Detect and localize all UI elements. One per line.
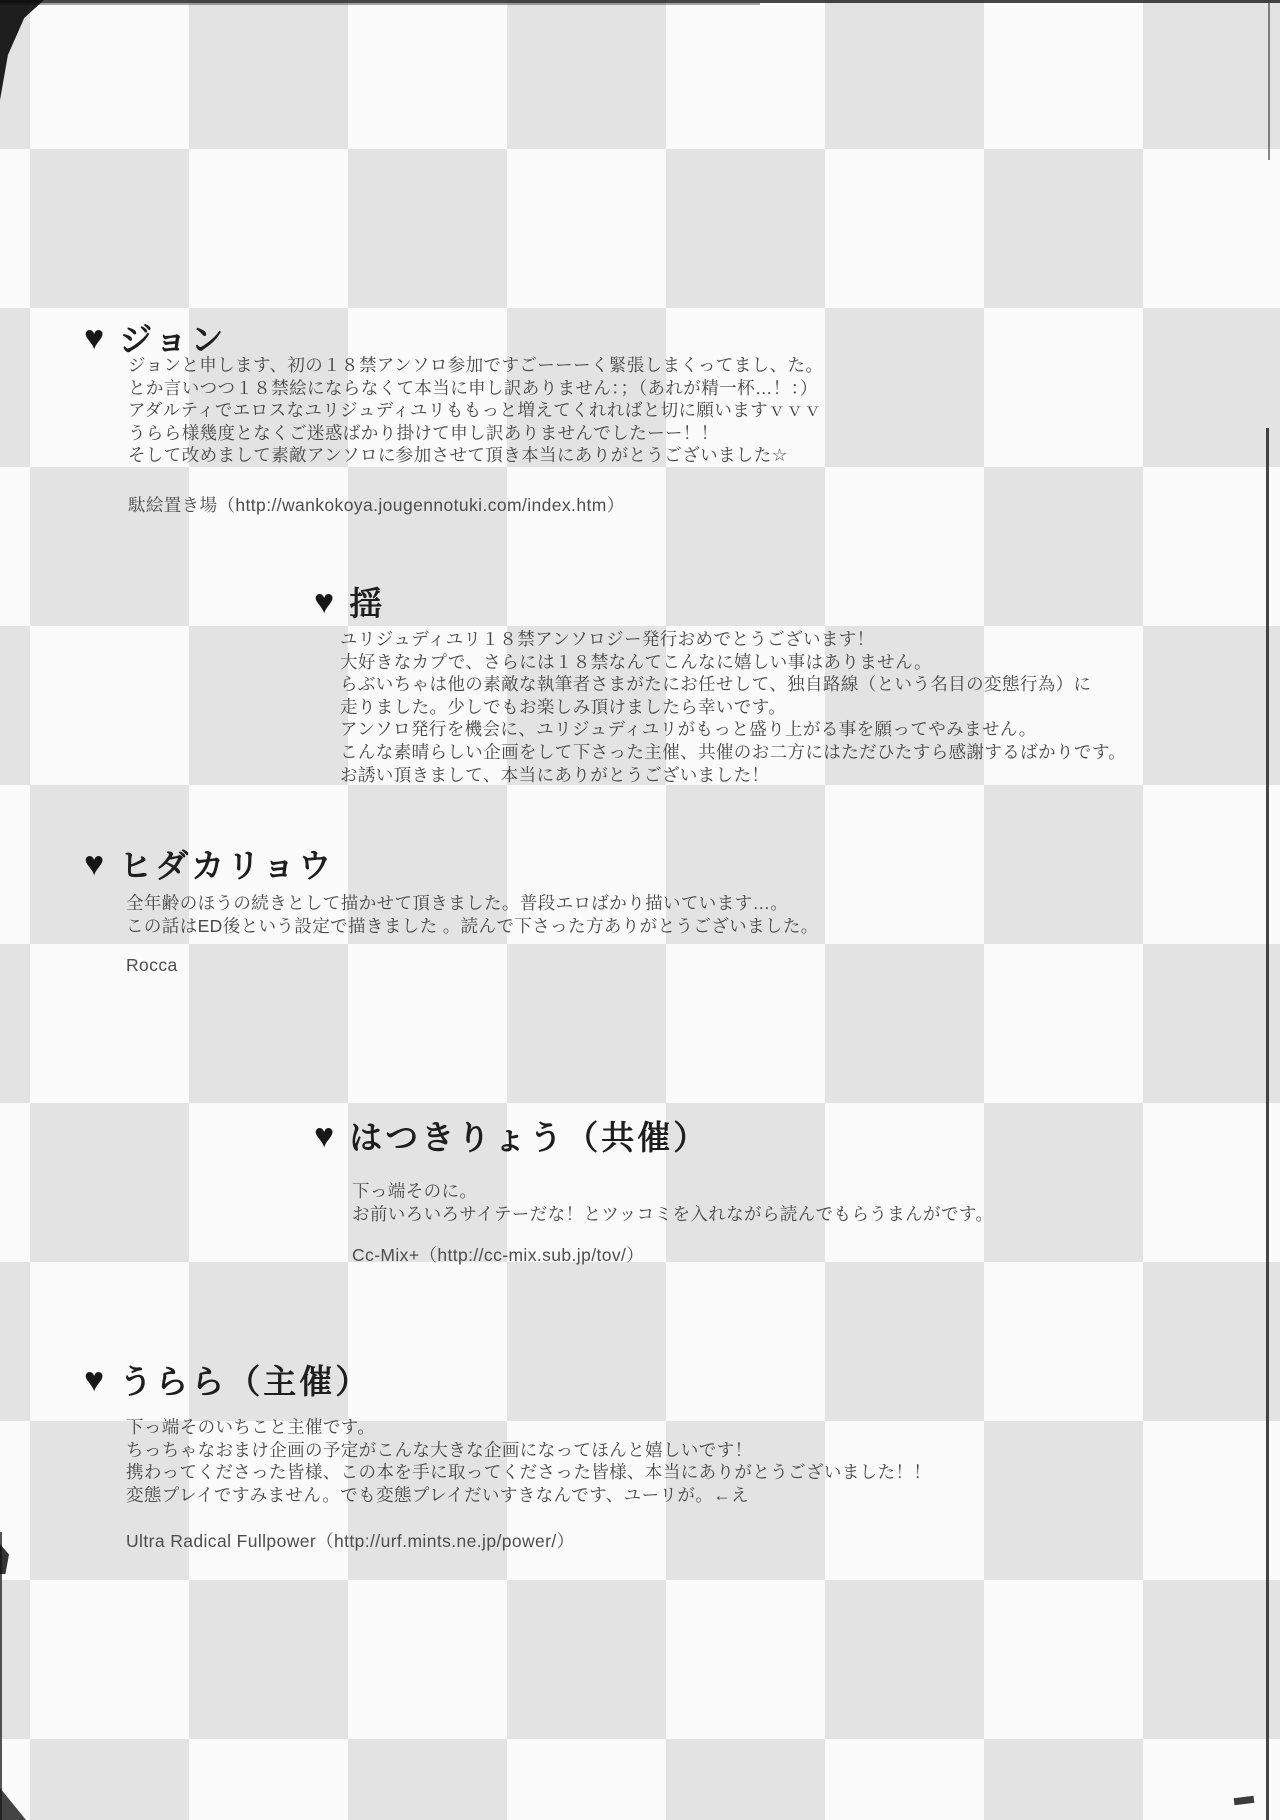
scan-top-edge-shadow [0,3,760,5]
scanned-afterword-page: ♥ ジョン ジョンと申します、初の１８禁アンソロ参加ですごーーーく緊張しまくって… [0,0,1280,1820]
comment-line: この話はED後という設定で描きました 。読んで下さった方ありがとうございました。 [126,915,819,938]
scan-right-edge-line [1266,428,1269,1820]
comment-line: らぶいちゃは他の素敵な執筆者さまがたにお任せして、独自路線（という名目の変態行為… [340,673,1126,696]
comment-block: ジョンと申します、初の１８禁アンソロ参加ですごーーーく緊張しまくってまし、た。 … [128,354,823,467]
website-line: 駄絵置き場（http://wankokoya.jougennotuki.com/… [128,492,625,517]
comment-line: 変態プレイですみません。でも変態プレイだいすきなんです、ユーリが。←え [126,1484,931,1507]
comment-line: 下っ端そのに。 [352,1180,993,1203]
comment-line: お誘い頂きまして、本当にありがとうございました！ [340,764,1126,787]
scan-left-edge-mark [0,1544,9,1574]
comment-line: アダルティでエロスなユリジュディユリももっと増えてくれればと切に願いますｖｖｖ [128,399,823,422]
scan-right-edge-line-top [1268,0,1270,160]
comment-block: 全年齢のほうの続きとして描かせて頂きました。普段エロばかり描いています…。 この… [126,892,819,937]
comment-line: 下っ端そのいちこと主催です。 [126,1416,931,1439]
comment-line: ユリジュディユリ１８禁アンソロジー発行おめでとうございます！ [340,628,1126,651]
website-line: Cc-Mix+（http://cc-mix.sub.jp/tov/） [352,1242,644,1267]
contributor-heading: ♥ 揺 [314,578,385,625]
contributor-name: はつきりょう（共催） [349,1112,709,1159]
website-line: Ultra Radical Fullpower（http://urf.mints… [126,1528,575,1553]
comment-line: お前いろいろサイテーだな！とツッコミを入れながら読んでもらうまんがです。 [352,1203,993,1226]
comment-line: ジョンと申します、初の１８禁アンソロ参加ですごーーーく緊張しまくってまし、た。 [128,354,823,377]
comment-line: とか言いつつ１８禁絵にならなくて本当に申し訳ありません：；（あれが精一杯…！：） [128,377,823,400]
contributor-name: 揺 [349,578,385,625]
heart-icon: ♥ [314,585,337,619]
contributor-heading: ♥ うらら（主催） [84,1356,371,1403]
contributor-name: うらら（主催） [119,1356,371,1403]
scan-corner-shadow-top-left [0,0,44,100]
heart-icon: ♥ [84,847,107,881]
comment-block: 下っ端そのに。 お前いろいろサイテーだな！とツッコミを入れながら読んでもらうまん… [352,1180,993,1225]
contributor-heading: ♥ はつきりょう（共催） [314,1112,709,1159]
comment-line: こんな素晴らしい企画をして下さった主催、共催のお二方にはただひたすら感謝するばか… [340,741,1126,764]
heart-icon: ♥ [84,1363,107,1397]
comment-line: 走りました。少しでもお楽しみ頂けましたら幸いです。 [340,696,1126,719]
comment-line: うらら様幾度となくご迷惑ばかり掛けて申し訳ありませんでしたーー！！ [128,422,823,445]
heart-icon: ♥ [314,1119,337,1153]
scan-left-edge-line [0,1532,2,1820]
comment-line: 携わってくださった皆様、この本を手に取ってくださった皆様、本当にありがとうござい… [126,1461,931,1484]
scan-corner-shadow-bottom-left [0,1788,26,1820]
scan-top-edge [0,0,1280,3]
contributor-name: ヒダカリョウ [119,840,334,887]
comment-block: ユリジュディユリ１８禁アンソロジー発行おめでとうございます！ 大好きなカプで、さ… [340,628,1126,786]
website-line: Rocca [126,955,178,976]
comment-line: そして改めまして素敵アンソロに参加させて頂き本当にありがとうございました☆ [128,444,823,467]
heart-icon: ♥ [84,321,107,355]
comment-line: 大好きなカプで、さらには１８禁なんてこんなに嬉しい事はありません。 [340,651,1126,674]
scan-bottom-right-mark [1234,1796,1255,1805]
contributor-heading: ♥ ヒダカリョウ [84,840,334,887]
comment-line: ちっちゃなおまけ企画の予定がこんな大きな企画になってほんと嬉しいです！ [126,1439,931,1462]
comment-block: 下っ端そのいちこと主催です。 ちっちゃなおまけ企画の予定がこんな大きな企画になっ… [126,1416,931,1506]
comment-line: アンソロ発行を機会に、ユリジュディユリがもっと盛り上がる事を願ってやみません。 [340,718,1126,741]
comment-line: 全年齢のほうの続きとして描かせて頂きました。普段エロばかり描いています…。 [126,892,819,915]
